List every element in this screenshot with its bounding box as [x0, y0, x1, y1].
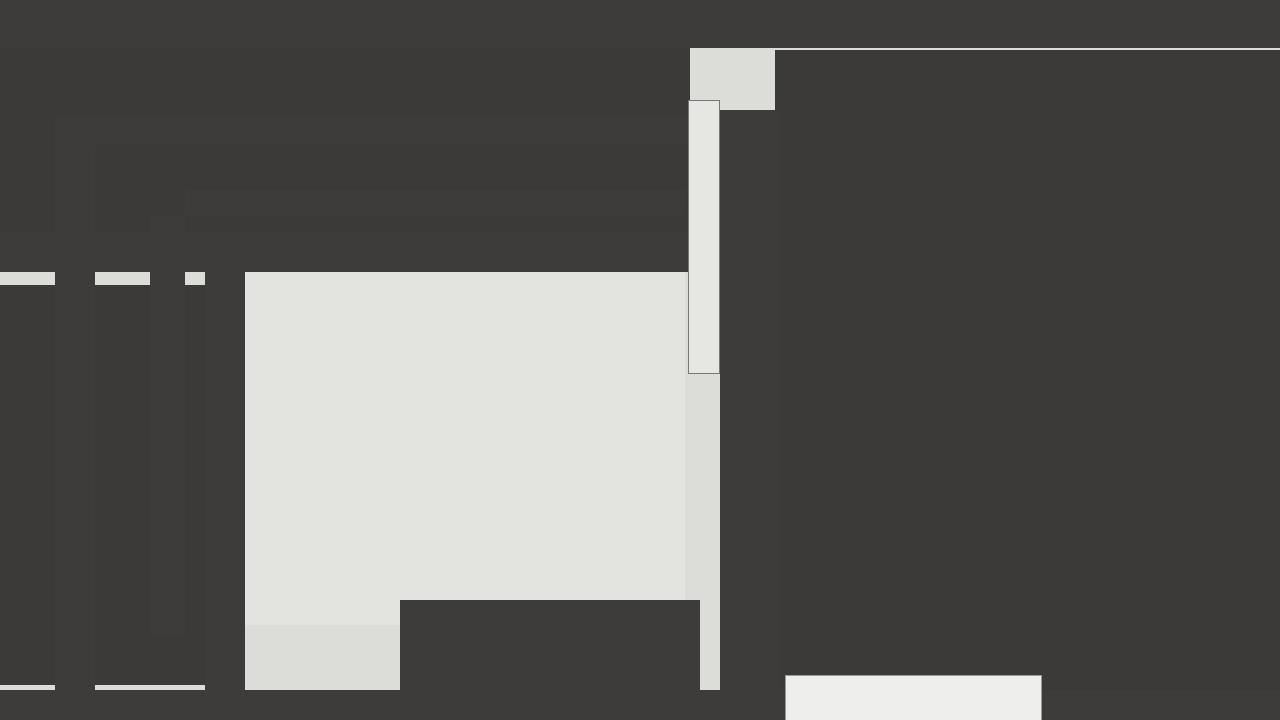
cage-top-rail [55, 115, 765, 145]
left-post [55, 115, 95, 695]
bottom-frame [0, 690, 1280, 720]
top-frame [0, 0, 1280, 48]
ladder [400, 600, 700, 690]
snow-view [245, 270, 685, 625]
antenna-pole [688, 100, 720, 374]
right-mesh-panel [775, 50, 1280, 690]
inner-post [150, 215, 185, 635]
door-post [205, 260, 245, 720]
right-post [720, 110, 780, 720]
cage-lower-rail [0, 232, 690, 272]
photo-scene [0, 0, 1280, 720]
cage-mid-rail [185, 190, 685, 215]
equipment-box [785, 675, 1042, 720]
